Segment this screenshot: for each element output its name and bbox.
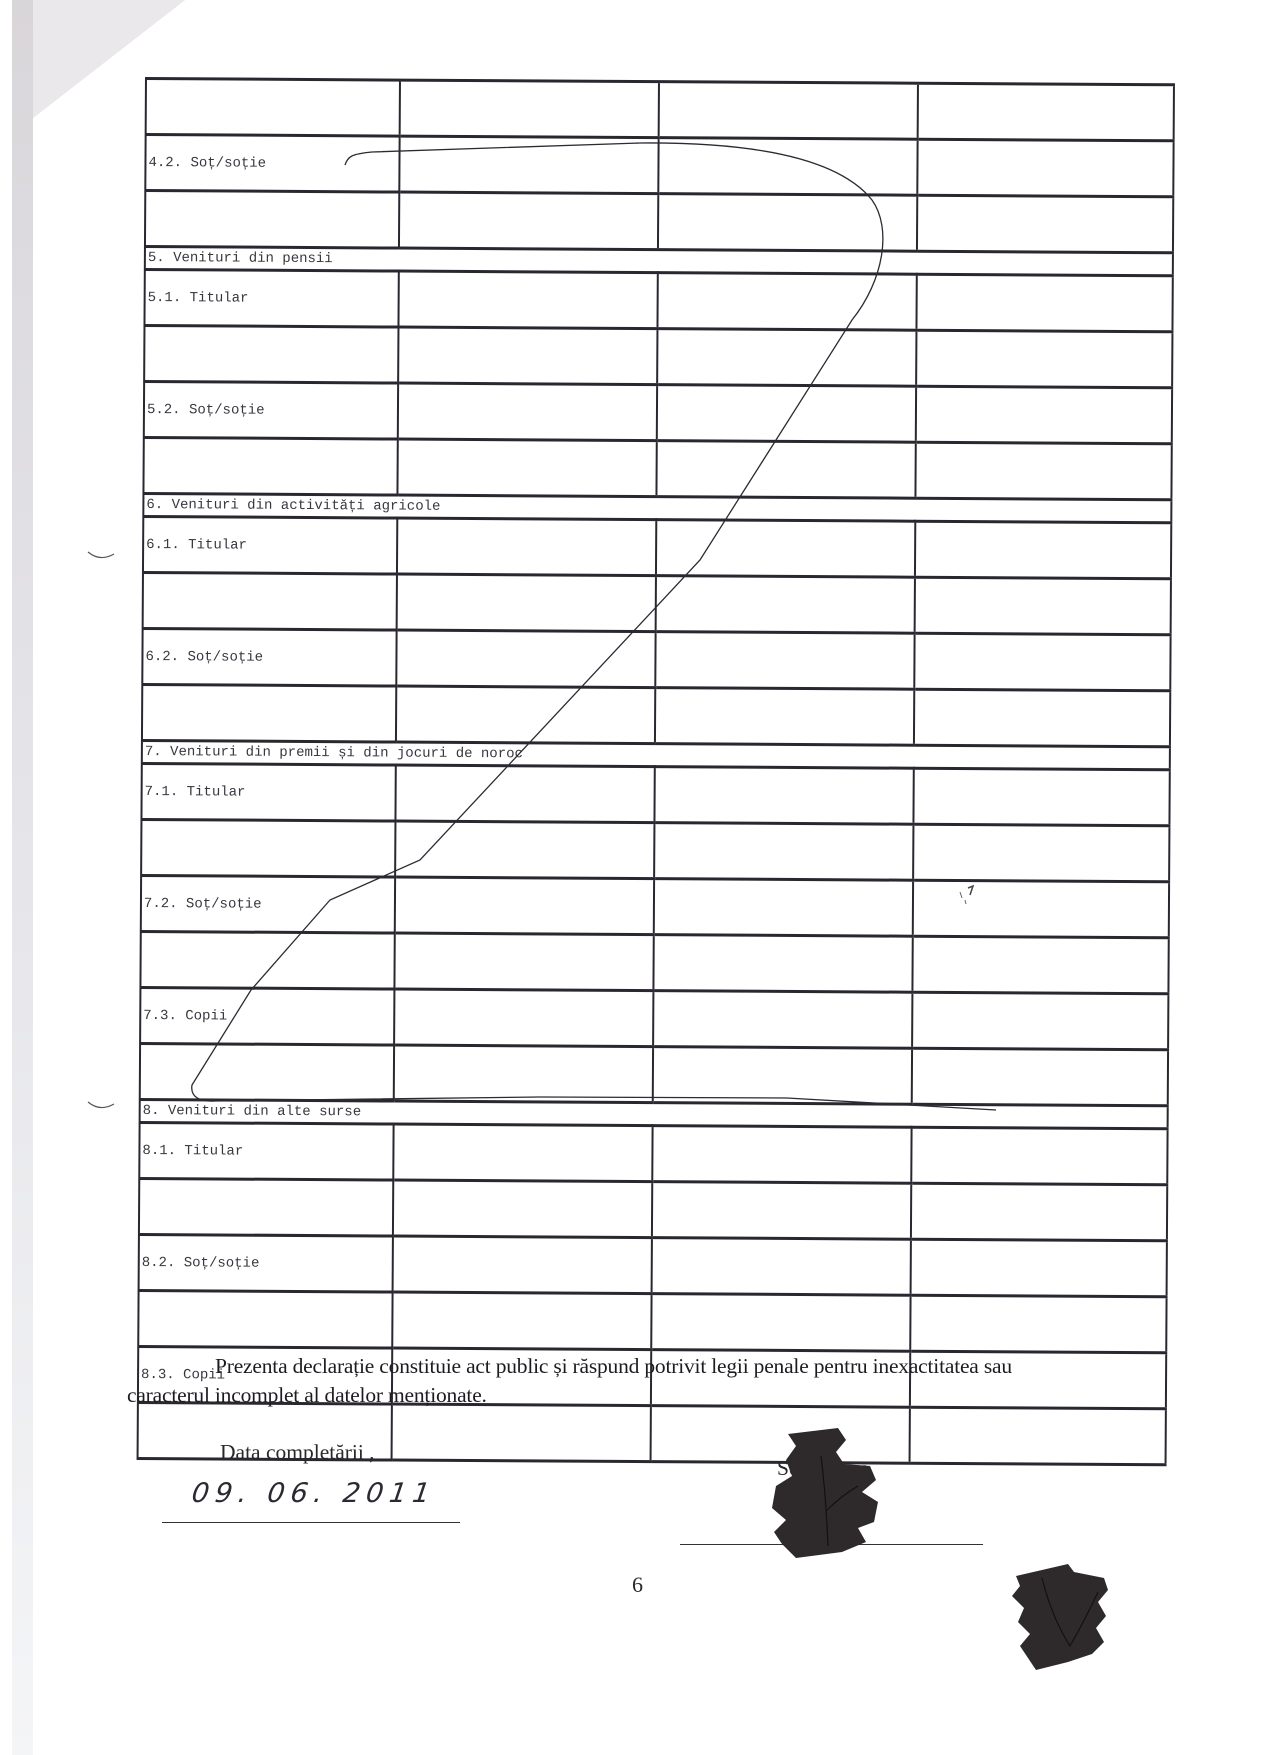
- signature-label: Semnatura,: [777, 1456, 874, 1481]
- table-row: 4.2. Soț/soție: [145, 135, 1173, 197]
- row-label: [146, 79, 400, 137]
- table-row: [138, 1290, 1166, 1352]
- table-row: 7.2. Soț/soție: [141, 875, 1169, 937]
- margin-tick-mark: [88, 552, 114, 558]
- date-underline: [162, 1522, 460, 1523]
- table-cell: [652, 1238, 911, 1296]
- table-cell: [395, 877, 654, 935]
- row-label: 7.2. Soț/soție: [141, 875, 395, 933]
- table-row: [146, 79, 1174, 141]
- table-cell: [912, 992, 1168, 1050]
- table-cell: [912, 936, 1168, 994]
- signature-underline: [680, 1544, 983, 1545]
- table-cell: [915, 521, 1171, 579]
- table-row: 7.3. Copii: [140, 987, 1168, 1049]
- row-label: 8.1. Titular: [139, 1122, 393, 1180]
- table-cell: [657, 273, 916, 331]
- row-label: 6.1. Titular: [143, 516, 397, 574]
- table-cell: [914, 689, 1170, 747]
- row-label: 6.2. Soț/soție: [142, 628, 396, 686]
- table-cell: [656, 576, 915, 634]
- table-cell: [659, 82, 918, 140]
- table-row: 6.1. Titular: [143, 516, 1171, 578]
- table-cell: [915, 577, 1171, 635]
- table-cell: [651, 1294, 910, 1352]
- table-cell: [917, 139, 1173, 197]
- margin-tick-mark: [88, 1102, 114, 1108]
- table-row: [143, 572, 1171, 634]
- table-row: 8.2. Soț/soție: [139, 1234, 1167, 1296]
- table-cell: [397, 439, 656, 497]
- table-cell: [392, 1292, 651, 1350]
- row-label: 7.1. Titular: [141, 763, 395, 821]
- table-cell: [654, 767, 913, 825]
- table-cell: [913, 768, 1169, 826]
- table-cell: [399, 136, 658, 194]
- row-label: [144, 326, 398, 384]
- table-cell: [653, 991, 912, 1049]
- row-label: [140, 931, 394, 989]
- table-cell: [916, 386, 1172, 444]
- table-row: 5.2. Soț/soție: [144, 382, 1172, 444]
- table-cell: [914, 633, 1170, 691]
- table-cell: [652, 1182, 911, 1240]
- table-cell: [913, 824, 1169, 882]
- table-cell: [912, 1048, 1168, 1106]
- table-cell: [653, 935, 912, 993]
- table-cell: [910, 1295, 1166, 1353]
- table-cell: [393, 1124, 652, 1182]
- completion-date-label: Data completării ,: [220, 1440, 375, 1465]
- table-row: 6.2. Soț/soție: [142, 628, 1170, 690]
- table-cell: [394, 989, 653, 1047]
- table-cell: [396, 630, 655, 688]
- table-row: [142, 684, 1170, 746]
- table-cell: [395, 765, 654, 823]
- table-row: 8.1. Titular: [139, 1122, 1167, 1184]
- table-cell: [658, 138, 917, 196]
- table-cell: [911, 1239, 1167, 1297]
- table-cell: [397, 518, 656, 576]
- table-cell: [913, 880, 1169, 938]
- table-cell: [656, 441, 915, 499]
- row-label: 5.1. Titular: [144, 270, 398, 328]
- table-cell: [658, 194, 917, 252]
- row-label: [140, 1043, 394, 1101]
- row-label: 7.3. Copii: [140, 987, 394, 1045]
- row-label: [145, 191, 399, 249]
- table-cell: [651, 1406, 910, 1464]
- table-cell: [392, 1404, 651, 1462]
- table-cell: [395, 821, 654, 879]
- table-cell: [916, 330, 1172, 388]
- table-row: 5.1. Titular: [144, 270, 1172, 332]
- table-cell: [918, 83, 1174, 141]
- page-number: 6: [632, 1572, 643, 1598]
- table-cell: [397, 574, 656, 632]
- table-cell: [655, 632, 914, 690]
- table-cell: [394, 933, 653, 991]
- table-row: [139, 1178, 1167, 1240]
- row-label: [139, 1178, 393, 1236]
- table-row: [140, 931, 1168, 993]
- row-label: [138, 1290, 392, 1348]
- row-label: [141, 819, 395, 877]
- legal-statement-line-1: Prezenta declarație constituie act publi…: [127, 1352, 1177, 1381]
- table-cell: [394, 1045, 653, 1103]
- table-cell: [400, 80, 659, 138]
- table-cell: [911, 1127, 1167, 1185]
- table-cell: [398, 271, 657, 329]
- table-cell: [911, 1183, 1167, 1241]
- table-row: [143, 437, 1171, 499]
- table-cell: [393, 1180, 652, 1238]
- table-cell: [396, 686, 655, 744]
- table-cell: [656, 520, 915, 578]
- table-cell: [657, 385, 916, 443]
- completion-date-value: 09. 06. 2011: [190, 1478, 438, 1509]
- row-label: 4.2. Soț/soție: [145, 135, 399, 193]
- table-cell: [652, 1126, 911, 1184]
- table-row: 7.1. Titular: [141, 763, 1169, 825]
- table-cell: [917, 195, 1173, 253]
- table-row: [145, 191, 1173, 253]
- table-cell: [398, 327, 657, 385]
- legal-statement: Prezenta declarație constituie act publi…: [127, 1352, 1177, 1410]
- table-row: [141, 819, 1169, 881]
- row-label: 8.2. Soț/soție: [139, 1234, 393, 1292]
- table-cell: [655, 688, 914, 746]
- row-label: [143, 437, 397, 495]
- table-row: [140, 1043, 1168, 1105]
- table-cell: [393, 1236, 652, 1294]
- table-cell: [915, 442, 1171, 500]
- table-cell: [398, 383, 657, 441]
- income-declaration-table: 4.2. Soț/soție5. Venituri din pensii5.1.…: [137, 77, 1173, 1466]
- row-label: [142, 684, 396, 742]
- table-cell: [657, 329, 916, 387]
- legal-statement-line-2: caracterul incomplet al datelor menționa…: [127, 1383, 487, 1407]
- initials-redaction: [1008, 1558, 1114, 1672]
- table-cell: [910, 1407, 1166, 1465]
- table-cell: [654, 879, 913, 937]
- table-row: [144, 326, 1172, 388]
- table-cell: [916, 274, 1172, 332]
- table-cell: [654, 823, 913, 881]
- row-label: 5.2. Soț/soție: [144, 382, 398, 440]
- table-cell: [653, 1047, 912, 1105]
- table-cell: [399, 192, 658, 250]
- row-label: [143, 572, 397, 630]
